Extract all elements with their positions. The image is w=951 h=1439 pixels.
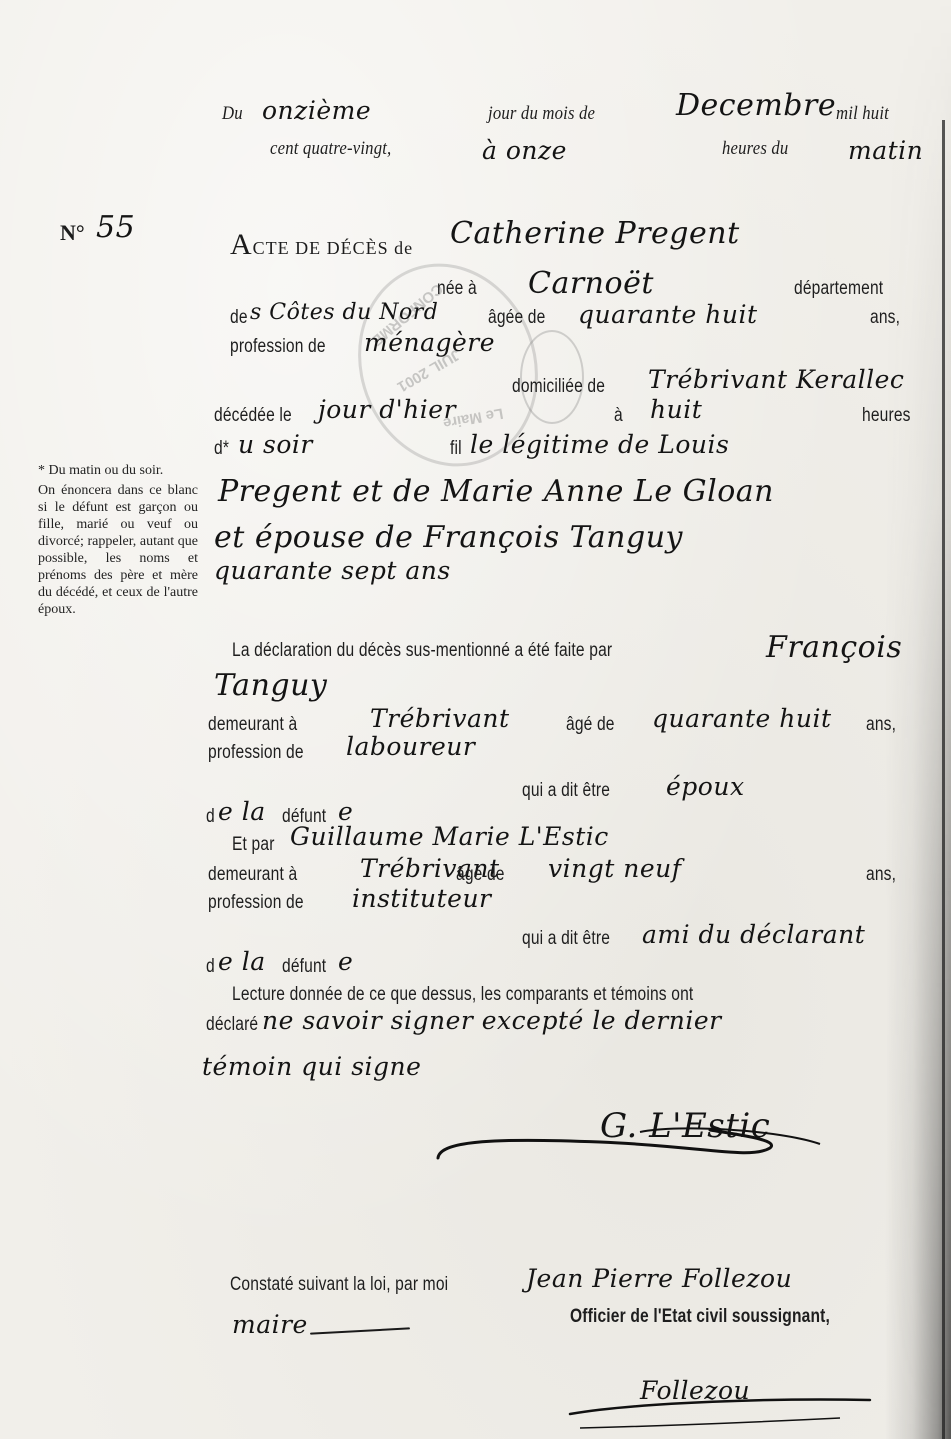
declarant2-relation: ami du déclarant	[642, 920, 865, 949]
declarant1-last-name: Tanguy	[214, 668, 327, 703]
declarant1-relation: époux	[666, 772, 745, 801]
month-handwritten: Decembre	[676, 88, 836, 123]
attestation-text: Constaté suivant la loi, par moi	[230, 1274, 448, 1296]
declarant1-first-name: François	[766, 630, 902, 665]
declarant1-profession: laboureur	[346, 732, 475, 761]
document-title: ACTE DE DÉCÈS de	[230, 228, 413, 262]
deceased-domicile: Trébrivant Kerallec	[648, 365, 904, 394]
filiation-line-2: Pregent et de Marie Anne Le Gloan	[218, 474, 774, 509]
filiation-line-4: quarante sept ans	[214, 556, 451, 585]
deceased-name: Catherine Pregent	[450, 216, 740, 251]
death-hour: huit	[650, 395, 702, 424]
instruction-text: On énoncera dans ce blanc si le défunt e…	[38, 482, 198, 618]
period-handwritten: matin	[848, 136, 923, 165]
officer-signature-flourish-icon	[560, 1390, 880, 1430]
scan-edge-line	[942, 120, 945, 1439]
officer-name: Jean Pierre Follezou	[526, 1264, 792, 1293]
deceased-age: quarante huit	[578, 300, 758, 329]
footnote-time: * Du matin ou du soir.	[38, 462, 198, 479]
signature-flourish-icon	[420, 1120, 840, 1180]
hour-handwritten: à onze	[482, 136, 567, 165]
declaration-intro: La déclaration du décès sus-mentionné a …	[232, 640, 612, 662]
death-day: jour d'hier	[318, 395, 456, 424]
department: s Côtes du Nord	[250, 300, 438, 325]
record-number-label: N°	[60, 220, 85, 246]
declarant1-residence: Trébrivant	[370, 704, 510, 733]
record-number: 55	[96, 210, 135, 245]
declarant2-name: Guillaume Marie L'Estic	[290, 822, 609, 851]
declarant1-age: quarante huit	[652, 704, 832, 733]
filiation-line-3: et épouse de François Tanguy	[214, 520, 683, 555]
filiation-line-1: le légitime de Louis	[470, 430, 729, 459]
death-period: u soir	[238, 430, 313, 459]
birthplace: Carnoët	[528, 266, 654, 301]
declarant2-age: vingt neuf	[548, 854, 681, 883]
margin-instructions: * Du matin ou du soir. On énoncera dans …	[38, 462, 198, 621]
deceased-profession: ménagère	[364, 328, 495, 357]
declared-statement-1: ne savoir signer excepté le dernier	[262, 1006, 722, 1035]
day-handwritten: onzième	[262, 96, 371, 125]
reading-statement: Lecture donnée de ce que dessus, les com…	[232, 984, 693, 1006]
officer-title: maire	[232, 1310, 308, 1339]
declarant2-profession: instituteur	[352, 884, 492, 913]
officer-label: Officier de l'Etat civil soussignant,	[570, 1306, 830, 1328]
declared-statement-2: témoin qui signe	[202, 1052, 421, 1081]
